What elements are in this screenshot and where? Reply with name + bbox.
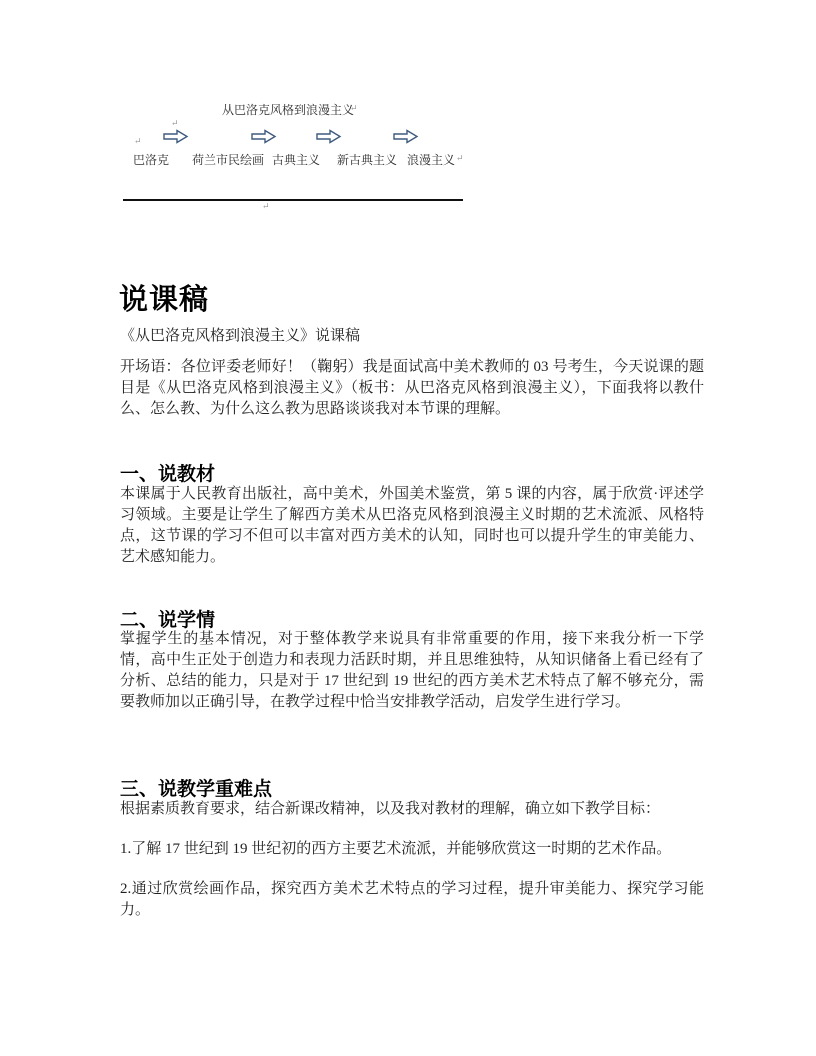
- flow-node-classicism: 古典主义: [272, 151, 320, 168]
- right-arrow-shape: [317, 131, 340, 143]
- section-paragraph: 本课属于人民教育出版社，高中美术，外国美术鉴赏，第 5 课的内容，属于欣赏·评述…: [120, 484, 704, 568]
- section-paragraph: 1.了解 17 世纪到 19 世纪初的西方主要艺术流派，并能够欣赏这一时期的艺术…: [120, 839, 716, 860]
- divider-line: [123, 199, 463, 201]
- doc-subtitle: 《从巴洛克风格到浪漫主义》说课稿: [120, 324, 360, 345]
- flow-node-neoclassicism: 新古典主义: [337, 151, 397, 168]
- section-heading-teaching-material: 一、说教材: [120, 459, 215, 486]
- intro-paragraph: 开场语：各位评委老师好！（鞠躬）我是面试高中美术教师的 03 号考生，今天说课的…: [120, 357, 704, 420]
- section-heading-learning-situation: 二、说学情: [120, 605, 215, 632]
- section-paragraph: 2.通过欣赏绘画作品，探究西方美术艺术特点的学习过程，提升审美能力、探究学习能力…: [120, 879, 704, 921]
- diagram-title: 从巴洛克风格到浪漫主义: [222, 101, 354, 118]
- line-break-mark: ↵: [171, 119, 179, 128]
- flow-node-baroque: 巴洛克: [133, 151, 169, 168]
- line-break-mark: ↵: [456, 154, 464, 163]
- right-arrow-shape: [252, 131, 275, 143]
- flow-node-dutch-painting: 荷兰市民绘画: [192, 151, 264, 168]
- section-paragraph: 根据素质教育要求，结合新课改精神，以及我对教材的理解，确立如下教学目标：: [120, 799, 704, 820]
- line-break-mark: ↵: [350, 104, 358, 113]
- page-title: 说课稿: [119, 277, 209, 318]
- right-arrow-icon: [163, 129, 189, 144]
- right-arrow-icon: [316, 129, 342, 144]
- right-arrow-icon: [393, 129, 419, 144]
- section-heading-key-difficulties: 三、说教学重难点: [120, 774, 272, 801]
- right-arrow-shape: [164, 131, 187, 143]
- line-break-mark: ↵: [134, 137, 142, 146]
- line-break-mark: ↵: [262, 202, 270, 211]
- right-arrow-shape: [394, 131, 417, 143]
- right-arrow-icon: [251, 129, 277, 144]
- document-page: 从巴洛克风格到浪漫主义 ↵ ↵ ↵ 巴洛克 荷兰市民绘画 古典主义 新古典主义 …: [0, 0, 816, 1056]
- section-paragraph: 掌握学生的基本情况，对于整体教学来说具有非常重要的作用，接下来我分析一下学情，高…: [120, 629, 704, 713]
- flow-node-romanticism: 浪漫主义: [407, 151, 455, 168]
